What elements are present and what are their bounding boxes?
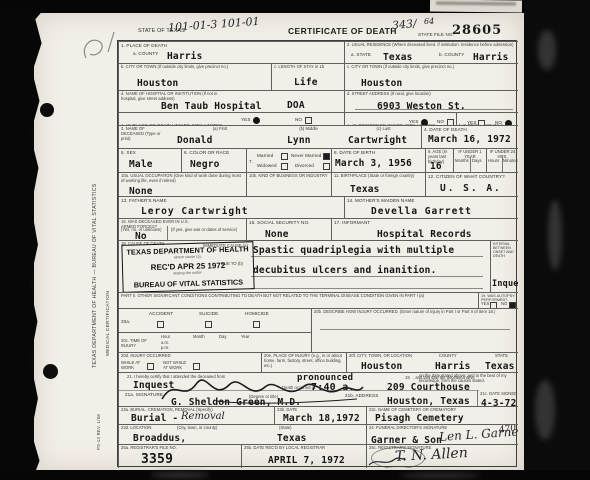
- injury-county-value: Harris: [435, 361, 471, 372]
- field-street-address: d. STREET ADDRESS (If rural, give locati…: [344, 90, 518, 112]
- field-first-name: (a) First Donald: [169, 125, 271, 148]
- color-or-race-value: Negro: [190, 159, 220, 170]
- field-injury-occurred: 20d. INJURY OCCURRED WHILE AT WORK NOT W…: [118, 352, 261, 372]
- interval-label: INTERVAL BETWEEN ONSET AND DEATH: [493, 242, 516, 259]
- field-residence-inside-city-limits: e. IS RESIDENCE INSIDE CITY LIMITS? YES …: [344, 112, 456, 125]
- not-while-at-work-label: NOT WHILE AT WORK: [163, 361, 191, 371]
- accident-label: ACCIDENT: [149, 311, 173, 317]
- part-ii-label: PART II. OTHER SIGNIFICANT CONDITIONS CO…: [121, 294, 476, 299]
- married-label: Married: [257, 153, 273, 159]
- scan-noise: [150, 472, 210, 478]
- field-last-name: (c) Last Cartwright: [346, 125, 421, 148]
- yes-label: YES: [481, 302, 489, 307]
- sex-value: Male: [129, 159, 153, 170]
- city-of-death-value: Houston: [137, 78, 178, 89]
- hours-label: Hours: [488, 159, 499, 164]
- field-father-name: 13. FATHER'S NAME Leroy Cartwright: [118, 196, 344, 218]
- sex-label: 5. SEX: [121, 150, 179, 156]
- state-file-no-label: STATE FILE NO.: [418, 32, 454, 38]
- suicide-checkbox: [205, 321, 212, 328]
- field-certification: 21. I hereby certify that I attended the…: [118, 372, 518, 406]
- hole-punch: [40, 103, 54, 117]
- field-sex: 5. SEX Male: [118, 148, 181, 172]
- hospital-value: Ben Taub Hospital: [161, 101, 262, 112]
- while-at-work-label: WHILE AT WORK: [121, 361, 145, 371]
- father-name-label: 13. FATHER'S NAME: [121, 198, 342, 204]
- how-injury-occurred-label: 20b. DESCRIBE HOW INJURY OCCURRED. (Ente…: [314, 310, 516, 315]
- armed-forces-note2: (If yes, give war or dates of service): [171, 228, 241, 233]
- received-stamp: TEXAS DEPARTMENT OF HEALTH above cause (…: [121, 241, 254, 293]
- field-if-under-1-year: IF UNDER 1 YEAR Months Days: [453, 148, 486, 172]
- interval-value: Inquest: [492, 279, 518, 289]
- first-name-value: Donald: [177, 135, 213, 146]
- field-citizen-of: 12. CITIZEN OF WHAT COUNTRY? U. S. A.: [425, 172, 518, 196]
- birthplace-label: 11. BIRTHPLACE (State or foreign country…: [334, 174, 423, 179]
- scan-noise: [538, 30, 556, 70]
- never-married-checked: [323, 153, 330, 160]
- state-note: (State): [279, 426, 292, 431]
- field-cemetery: 23c. NAME OF CEMETERY OR CREMATORY Pisag…: [366, 406, 518, 424]
- year-label: Year: [241, 335, 249, 340]
- attendant-signature-scrawl: [157, 375, 367, 405]
- last-name-label: (c) Last: [348, 127, 419, 132]
- field-usual-residence: 2. USUAL RESIDENCE (Where deceased lived…: [344, 41, 518, 63]
- residence-state-value: Texas: [383, 52, 413, 63]
- length-of-stay-label: c. LENGTH OF STAY in 1b: [274, 65, 342, 70]
- place-of-injury-label: 20e. PLACE OF INJURY (e.g., in or about …: [264, 354, 344, 368]
- hospital-doa-note: DOA: [287, 100, 305, 111]
- state-file-number: 28605: [452, 23, 502, 38]
- form-revision-number: PS-13 REV. 1/58: [96, 408, 101, 450]
- date-received-value: APRIL 7, 1972: [268, 455, 345, 466]
- residence-city-label: c. CITY OR TOWN (If outside city limits,…: [347, 65, 516, 70]
- no-label: NO: [437, 119, 444, 125]
- mother-maiden-name-label: 14. MOTHER'S MAIDEN NAME: [347, 198, 516, 204]
- social-security-value: None: [265, 229, 289, 240]
- date-of-death-label: 4. DATE OF DEATH: [424, 127, 516, 133]
- field-injury-location: 20f. CITY, TOWN, OR LOCATION COUNTY STAT…: [346, 352, 518, 372]
- margin-medical-certification-vertical-text: MEDICAL CERTIFICATION: [106, 274, 111, 356]
- usual-residence-title: 2. USUAL RESIDENCE (Where deceased lived…: [347, 43, 516, 48]
- widowed-checkbox: [281, 163, 288, 170]
- field-residence-city: c. CITY OR TOWN (If outside city limits,…: [344, 63, 518, 90]
- location-note: (City, town, or county): [177, 426, 217, 431]
- field-place-of-injury: 20e. PLACE OF INJURY (e.g., in or about …: [261, 352, 346, 372]
- date-received-label: 25b. DATE REC'D BY LOCAL REGISTRAR: [244, 446, 364, 451]
- cause-line-a: Spastic quadriplegia with multiple: [253, 245, 454, 256]
- adjacent-document-edge: [430, 0, 522, 12]
- field-date-of-birth: 8. DATE OF BIRTH March 3, 1956: [331, 148, 425, 172]
- date-of-birth-label: 8. DATE OF BIRTH: [334, 150, 423, 156]
- scanned-death-certificate: TEXAS DEPARTMENT OF HEALTH — BUREAU OF V…: [0, 0, 590, 480]
- field-kind-of-business: 10b. KIND OF BUSINESS OR INDUSTRY: [246, 172, 331, 196]
- scan-noise: [548, 200, 562, 270]
- first-name-label: (a) First: [171, 127, 269, 132]
- middle-name-label: (b) Middle: [273, 127, 344, 132]
- married-checkbox: [281, 153, 288, 160]
- middle-name-value: Lynn: [287, 135, 311, 146]
- hole-punch: [43, 364, 58, 379]
- field-marital-status: 7. Married Never Married Widowed Divorce…: [246, 148, 331, 172]
- knowledge-note: on the date stated above; and to the bes…: [419, 374, 515, 384]
- day-label: Day: [219, 335, 226, 340]
- certificate-title: CERTIFICATE OF DEATH: [288, 26, 397, 36]
- field-informant: 17. INFORMANT Hospital Records: [331, 218, 518, 240]
- not-while-at-work-checkbox: [193, 363, 200, 370]
- injury-city-value: Houston: [361, 361, 402, 372]
- homicide-checkbox: [253, 321, 260, 328]
- injury-state-label: STATE: [495, 354, 508, 359]
- field-part-ii-conditions: PART II. OTHER SIGNIFICANT CONDITIONS CO…: [118, 292, 478, 308]
- usual-occupation-label: 10a. USUAL OCCUPATION (Give kind of work…: [121, 174, 244, 184]
- location-value: Broaddus,: [133, 433, 186, 444]
- registrar-file-no-label: 25a. REGISTRAR'S FILE NO.: [121, 446, 239, 451]
- disposition-date-value: March 18,1972: [283, 413, 360, 424]
- no-label: NO: [501, 302, 507, 307]
- father-name-value: Leroy Cartwright: [141, 206, 249, 217]
- no-checkbox: [305, 117, 312, 124]
- field-middle-name: (b) Middle Lynn: [271, 125, 346, 148]
- address-line2-value: Houston, Texas: [387, 396, 470, 406]
- burial-handwritten-value: Removal: [181, 411, 225, 422]
- yes-label: YES: [241, 117, 251, 123]
- margin-dept-vertical-text: TEXAS DEPARTMENT OF HEALTH — BUREAU OF V…: [92, 28, 98, 368]
- field-armed-forces: 15. WAS DECEASED EVER IN U.S. ARMED FORC…: [118, 218, 246, 240]
- location-label: 23d. LOCATION: [121, 426, 151, 431]
- field-disposition-date: 23b. DATE March 18,1972: [274, 406, 366, 424]
- divorced-label: Divorced: [295, 163, 314, 169]
- field-burial-cremation-removal: 23a. BURIAL, CREMATION, REMOVAL (Specify…: [118, 406, 274, 424]
- funeral-director-firm: Garner & Son: [371, 435, 442, 444]
- county-label: a. COUNTY: [133, 51, 158, 57]
- pm-label: p.m.: [161, 346, 169, 351]
- handwritten-number: 343/: [391, 17, 417, 32]
- informant-label: 17. INFORMANT: [334, 220, 516, 226]
- field-disposition-location: 23d. LOCATION (City, town, or county) (S…: [118, 424, 366, 444]
- injury-county-label: COUNTY: [439, 354, 457, 359]
- place-of-death-title: 1. PLACE OF DEATH: [121, 43, 342, 49]
- field-date-received: 25b. DATE REC'D BY LOCAL REGISTRAR APRIL…: [241, 444, 366, 468]
- field-autopsy: 19. WAS AUTOPSY PERFORMED? YES NO: [478, 292, 518, 308]
- homicide-label: HOMICIDE: [245, 311, 269, 317]
- date-of-death-value: March 16, 1972: [428, 134, 511, 145]
- armed-forces-value: No: [135, 231, 147, 240]
- month-label: Month: [193, 335, 205, 340]
- field-length-of-stay: c. LENGTH OF STAY in 1b Life: [271, 63, 344, 90]
- color-or-race-label: 6. COLOR OR RACE: [184, 150, 244, 156]
- field-funeral-director-signature: 24. FUNERAL DIRECTOR'S SIGNATURE Garner …: [366, 424, 518, 444]
- field-how-injury-occurred: 20b. DESCRIBE HOW INJURY OCCURRED. (Ente…: [311, 308, 518, 352]
- city-of-death-label: b. CITY OR TOWN (If outside city limits,…: [121, 65, 269, 70]
- while-at-work-checkbox: [147, 363, 154, 370]
- item-20a-number: 20a.: [121, 319, 130, 324]
- usual-occupation-value: None: [129, 186, 153, 196]
- yes-checked-mark: [253, 117, 260, 124]
- field-birthplace: 11. BIRTHPLACE (State or foreign country…: [331, 172, 425, 196]
- suicide-label: SUICIDE: [199, 311, 218, 317]
- field-age: 9. AGE (In years last birthday) 16: [425, 148, 453, 172]
- field-usual-occupation: 10a. USUAL OCCUPATION (Give kind of work…: [118, 172, 246, 196]
- widowed-label: Widowed: [257, 163, 277, 169]
- minutes-label: Minutes: [503, 159, 518, 164]
- yes-label: YES: [409, 119, 419, 125]
- field-name-of-deceased: 3. NAME OF DECEASED (Type or print): [118, 125, 169, 148]
- cemetery-value: Pisagh Cemetery: [375, 413, 464, 424]
- field-accident-suicide-homicide: 20a. ACCIDENT SUICIDE HOMICIDE: [118, 308, 311, 332]
- social-security-label: 16. SOCIAL SECURITY NO.: [249, 220, 329, 226]
- divorced-checkbox: [323, 163, 330, 170]
- citizen-of-label: 12. CITIZEN OF WHAT COUNTRY?: [428, 174, 516, 180]
- citizen-of-value: U. S. A.: [440, 183, 502, 194]
- kind-of-business-label: 10b. KIND OF BUSINESS OR INDUSTRY: [249, 174, 329, 179]
- field-date-of-death: 4. DATE OF DEATH March 16, 1972: [421, 125, 518, 148]
- year-19-label: 19: [405, 376, 410, 381]
- injury-state-value: Texas: [485, 361, 515, 372]
- no-label: NO: [295, 117, 302, 123]
- field-city-of-death: b. CITY OR TOWN (If outside city limits,…: [118, 63, 271, 90]
- length-of-stay-value: Life: [294, 77, 318, 88]
- date-of-birth-value: March 3, 1956: [335, 158, 412, 169]
- injury-city-label: 20f. CITY, TOWN, OR LOCATION: [349, 354, 412, 359]
- residence-county-label: b. COUNTY: [439, 52, 464, 58]
- registrar-file-no-value: 3359: [141, 452, 173, 467]
- months-label: Months: [455, 159, 469, 164]
- location-state-value: Texas: [277, 433, 307, 444]
- scan-edge-bottom: [0, 470, 590, 480]
- accident-checkbox: [157, 321, 164, 328]
- burial-typed-value: Burial -: [131, 413, 178, 424]
- field-color-or-race: 6. COLOR OR RACE Negro: [181, 148, 246, 172]
- date-signed-value: 4-3-72: [481, 398, 517, 406]
- birthplace-value: Texas: [350, 184, 380, 195]
- informant-value: Hospital Records: [377, 229, 472, 240]
- field-interval-onset-death: INTERVAL BETWEEN ONSET AND DEATH Inquest: [490, 240, 518, 292]
- age-value: 16: [430, 161, 442, 172]
- field-mother-maiden-name: 14. MOTHER'S MAIDEN NAME Devella Garrett: [344, 196, 518, 218]
- residence-state-label: a. STATE: [351, 52, 371, 58]
- marginalia-mark: [78, 28, 118, 68]
- injury-occurred-label: 20d. INJURY OCCURRED: [121, 354, 259, 359]
- county-value: Harris: [167, 51, 203, 62]
- field-hospital: d. NAME OF HOSPITAL OR INSTITUTION (If n…: [118, 90, 344, 112]
- certificate-form: 1. PLACE OF DEATH a. COUNTY Harris 2. US…: [117, 40, 517, 467]
- date-signed-label: 21c. DATE SIGNED: [480, 392, 517, 397]
- field-if-under-24-hrs: IF UNDER 24 HRS. Hours Minutes: [486, 148, 518, 172]
- last-name-value: Cartwright: [348, 135, 407, 146]
- registrar-signature-flourish: [367, 453, 407, 468]
- residence-city-value: Houston: [361, 78, 402, 89]
- field-time-of-injury: 20c. TIME OF INJURY Hour a.m. p.m. Month…: [118, 332, 311, 352]
- mother-maiden-name-value: Devella Garrett: [371, 206, 472, 217]
- street-address-label: d. STREET ADDRESS (If rural, give locati…: [347, 92, 516, 97]
- handwritten-number-small: 64: [424, 17, 434, 26]
- never-married-label: Never Married: [291, 153, 321, 159]
- time-of-injury-label: 20c. TIME OF INJURY: [121, 339, 155, 349]
- field-social-security: 16. SOCIAL SECURITY NO. None: [246, 218, 331, 240]
- residence-county-value: Harris: [473, 52, 509, 63]
- stamp-line3: BUREAU OF VITAL STATISTICS: [123, 277, 253, 290]
- field-place-of-death: 1. PLACE OF DEATH a. COUNTY Harris: [118, 41, 344, 63]
- days-label: Days: [472, 159, 482, 164]
- street-address-value: 6903 Weston St.: [377, 101, 466, 112]
- name-of-deceased-label: 3. NAME OF DECEASED (Type or print): [121, 127, 167, 141]
- field-registrar-signature: 25c. REGISTRAR'S SIGNATURE T. N. Allen: [366, 444, 518, 468]
- scan-noise: [535, 380, 555, 440]
- field-residence-on-farm: f. IS RESIDENCE ON A FARM? YES NO: [456, 112, 518, 125]
- cause-line-b: decubitus ulcers and inanition.: [253, 265, 437, 276]
- field-registrar-file-no: 25a. REGISTRAR'S FILE NO. 3359: [118, 444, 241, 468]
- field-death-inside-city-limits: e. IS PLACE OF DEATH INSIDE CITY LIMITS?…: [118, 112, 344, 125]
- marital-number: 7.: [249, 159, 253, 164]
- scan-noise: [400, 473, 480, 478]
